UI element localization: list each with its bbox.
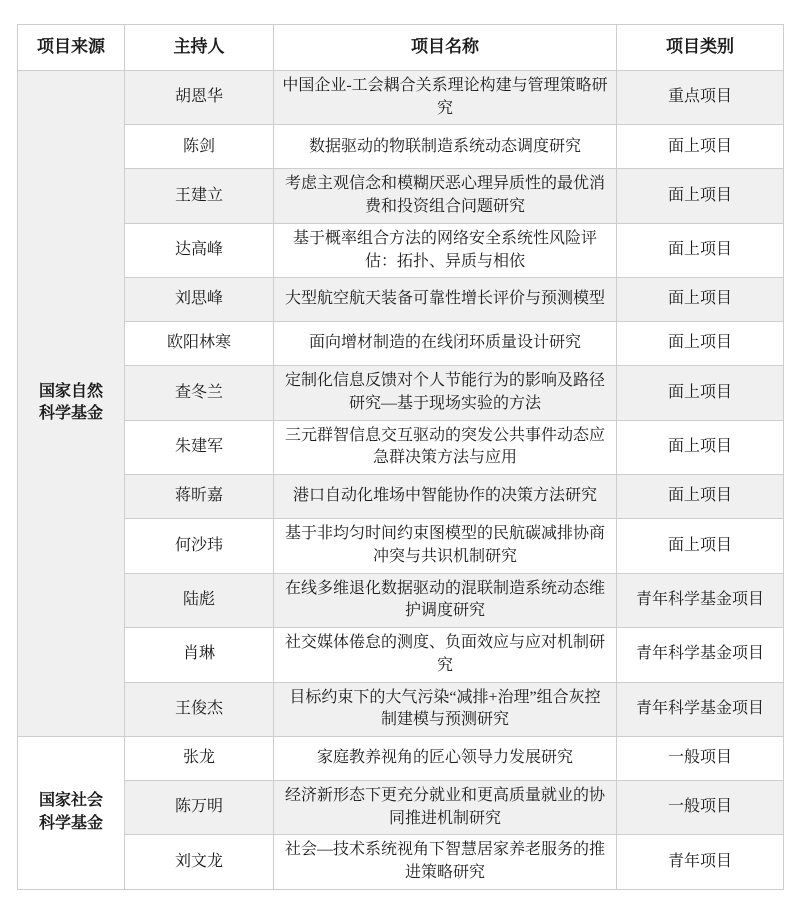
pi-cell: 陈万明 <box>125 780 274 834</box>
pi-cell: 陈剑 <box>125 125 274 169</box>
table-row: 查冬兰定制化信息反馈对个人节能行为的影响及路径研究—基于现场实验的方法面上项目 <box>18 366 784 420</box>
header-principal-investigator: 主持人 <box>125 25 274 71</box>
category-cell: 青年科学基金项目 <box>617 682 784 736</box>
pi-cell: 张龙 <box>125 736 274 780</box>
table-row: 王俊杰目标约束下的大气污染“减排+治理”组合灰控制建模与预测研究青年科学基金项目 <box>18 682 784 736</box>
pi-cell: 何沙玮 <box>125 519 274 573</box>
header-project-source: 项目来源 <box>18 25 125 71</box>
table-body: 国家自然 科学基金胡恩华中国企业-工会耦合关系理论构建与管理策略研究重点项目陈剑… <box>18 71 784 890</box>
pi-cell: 刘文龙 <box>125 835 274 889</box>
funding-projects-table: 项目来源 主持人 项目名称 项目类别 国家自然 科学基金胡恩华中国企业-工会耦合… <box>17 24 784 890</box>
title-cell: 中国企业-工会耦合关系理论构建与管理策略研究 <box>274 71 617 125</box>
table-row: 刘思峰大型航空航天装备可靠性增长评价与预测模型面上项目 <box>18 278 784 322</box>
table-row: 国家社会 科学基金张龙家庭教养视角的匠心领导力发展研究一般项目 <box>18 736 784 780</box>
category-cell: 重点项目 <box>617 71 784 125</box>
pi-cell: 肖琳 <box>125 628 274 682</box>
source-cell: 国家自然 科学基金 <box>18 71 125 737</box>
pi-cell: 刘思峰 <box>125 278 274 322</box>
pi-cell: 查冬兰 <box>125 366 274 420</box>
page: 项目来源 主持人 项目名称 项目类别 国家自然 科学基金胡恩华中国企业-工会耦合… <box>0 0 799 915</box>
pi-cell: 欧阳林寒 <box>125 322 274 366</box>
category-cell: 面上项目 <box>617 322 784 366</box>
category-cell: 面上项目 <box>617 223 784 277</box>
pi-cell: 朱建军 <box>125 420 274 474</box>
title-cell: 基于非均匀时间约束图模型的民航碳减排协商冲突与共识机制研究 <box>274 519 617 573</box>
table-row: 蒋昕嘉港口自动化堆场中智能协作的决策方法研究面上项目 <box>18 475 784 519</box>
category-cell: 青年科学基金项目 <box>617 573 784 627</box>
table-header-row: 项目来源 主持人 项目名称 项目类别 <box>18 25 784 71</box>
title-cell: 定制化信息反馈对个人节能行为的影响及路径研究—基于现场实验的方法 <box>274 366 617 420</box>
category-cell: 面上项目 <box>617 420 784 474</box>
table-row: 达高峰基于概率组合方法的网络安全系统性风险评估：拓扑、异质与相依面上项目 <box>18 223 784 277</box>
table-row: 刘文龙社会—技术系统视角下智慧居家养老服务的推进策略研究青年项目 <box>18 835 784 889</box>
title-cell: 面向增材制造的在线闭环质量设计研究 <box>274 322 617 366</box>
title-cell: 港口自动化堆场中智能协作的决策方法研究 <box>274 475 617 519</box>
category-cell: 面上项目 <box>617 278 784 322</box>
title-cell: 在线多维退化数据驱动的混联制造系统动态维护调度研究 <box>274 573 617 627</box>
table-row: 陈剑数据驱动的物联制造系统动态调度研究面上项目 <box>18 125 784 169</box>
pi-cell: 蒋昕嘉 <box>125 475 274 519</box>
header-project-title: 项目名称 <box>274 25 617 71</box>
title-cell: 社会—技术系统视角下智慧居家养老服务的推进策略研究 <box>274 835 617 889</box>
category-cell: 面上项目 <box>617 125 784 169</box>
pi-cell: 陆彪 <box>125 573 274 627</box>
table-row: 朱建军三元群智信息交互驱动的突发公共事件动态应急群决策方法与应用面上项目 <box>18 420 784 474</box>
title-cell: 家庭教养视角的匠心领导力发展研究 <box>274 736 617 780</box>
title-cell: 基于概率组合方法的网络安全系统性风险评估：拓扑、异质与相依 <box>274 223 617 277</box>
category-cell: 青年科学基金项目 <box>617 628 784 682</box>
category-cell: 一般项目 <box>617 736 784 780</box>
pi-cell: 王建立 <box>125 169 274 223</box>
table-row: 国家自然 科学基金胡恩华中国企业-工会耦合关系理论构建与管理策略研究重点项目 <box>18 71 784 125</box>
table-row: 陈万明经济新形态下更充分就业和更高质量就业的协同推进机制研究一般项目 <box>18 780 784 834</box>
header-project-category: 项目类别 <box>617 25 784 71</box>
title-cell: 社交媒体倦怠的测度、负面效应与应对机制研究 <box>274 628 617 682</box>
table-row: 肖琳社交媒体倦怠的测度、负面效应与应对机制研究青年科学基金项目 <box>18 628 784 682</box>
category-cell: 青年项目 <box>617 835 784 889</box>
title-cell: 考虑主观信念和模糊厌恶心理异质性的最优消费和投资组合问题研究 <box>274 169 617 223</box>
category-cell: 面上项目 <box>617 366 784 420</box>
category-cell: 一般项目 <box>617 780 784 834</box>
title-cell: 大型航空航天装备可靠性增长评价与预测模型 <box>274 278 617 322</box>
pi-cell: 胡恩华 <box>125 71 274 125</box>
table-row: 欧阳林寒面向增材制造的在线闭环质量设计研究面上项目 <box>18 322 784 366</box>
title-cell: 目标约束下的大气污染“减排+治理”组合灰控制建模与预测研究 <box>274 682 617 736</box>
category-cell: 面上项目 <box>617 475 784 519</box>
source-cell: 国家社会 科学基金 <box>18 736 125 889</box>
title-cell: 经济新形态下更充分就业和更高质量就业的协同推进机制研究 <box>274 780 617 834</box>
category-cell: 面上项目 <box>617 169 784 223</box>
table-row: 何沙玮基于非均匀时间约束图模型的民航碳减排协商冲突与共识机制研究面上项目 <box>18 519 784 573</box>
table-row: 王建立考虑主观信念和模糊厌恶心理异质性的最优消费和投资组合问题研究面上项目 <box>18 169 784 223</box>
table-row: 陆彪在线多维退化数据驱动的混联制造系统动态维护调度研究青年科学基金项目 <box>18 573 784 627</box>
pi-cell: 达高峰 <box>125 223 274 277</box>
title-cell: 数据驱动的物联制造系统动态调度研究 <box>274 125 617 169</box>
category-cell: 面上项目 <box>617 519 784 573</box>
title-cell: 三元群智信息交互驱动的突发公共事件动态应急群决策方法与应用 <box>274 420 617 474</box>
pi-cell: 王俊杰 <box>125 682 274 736</box>
